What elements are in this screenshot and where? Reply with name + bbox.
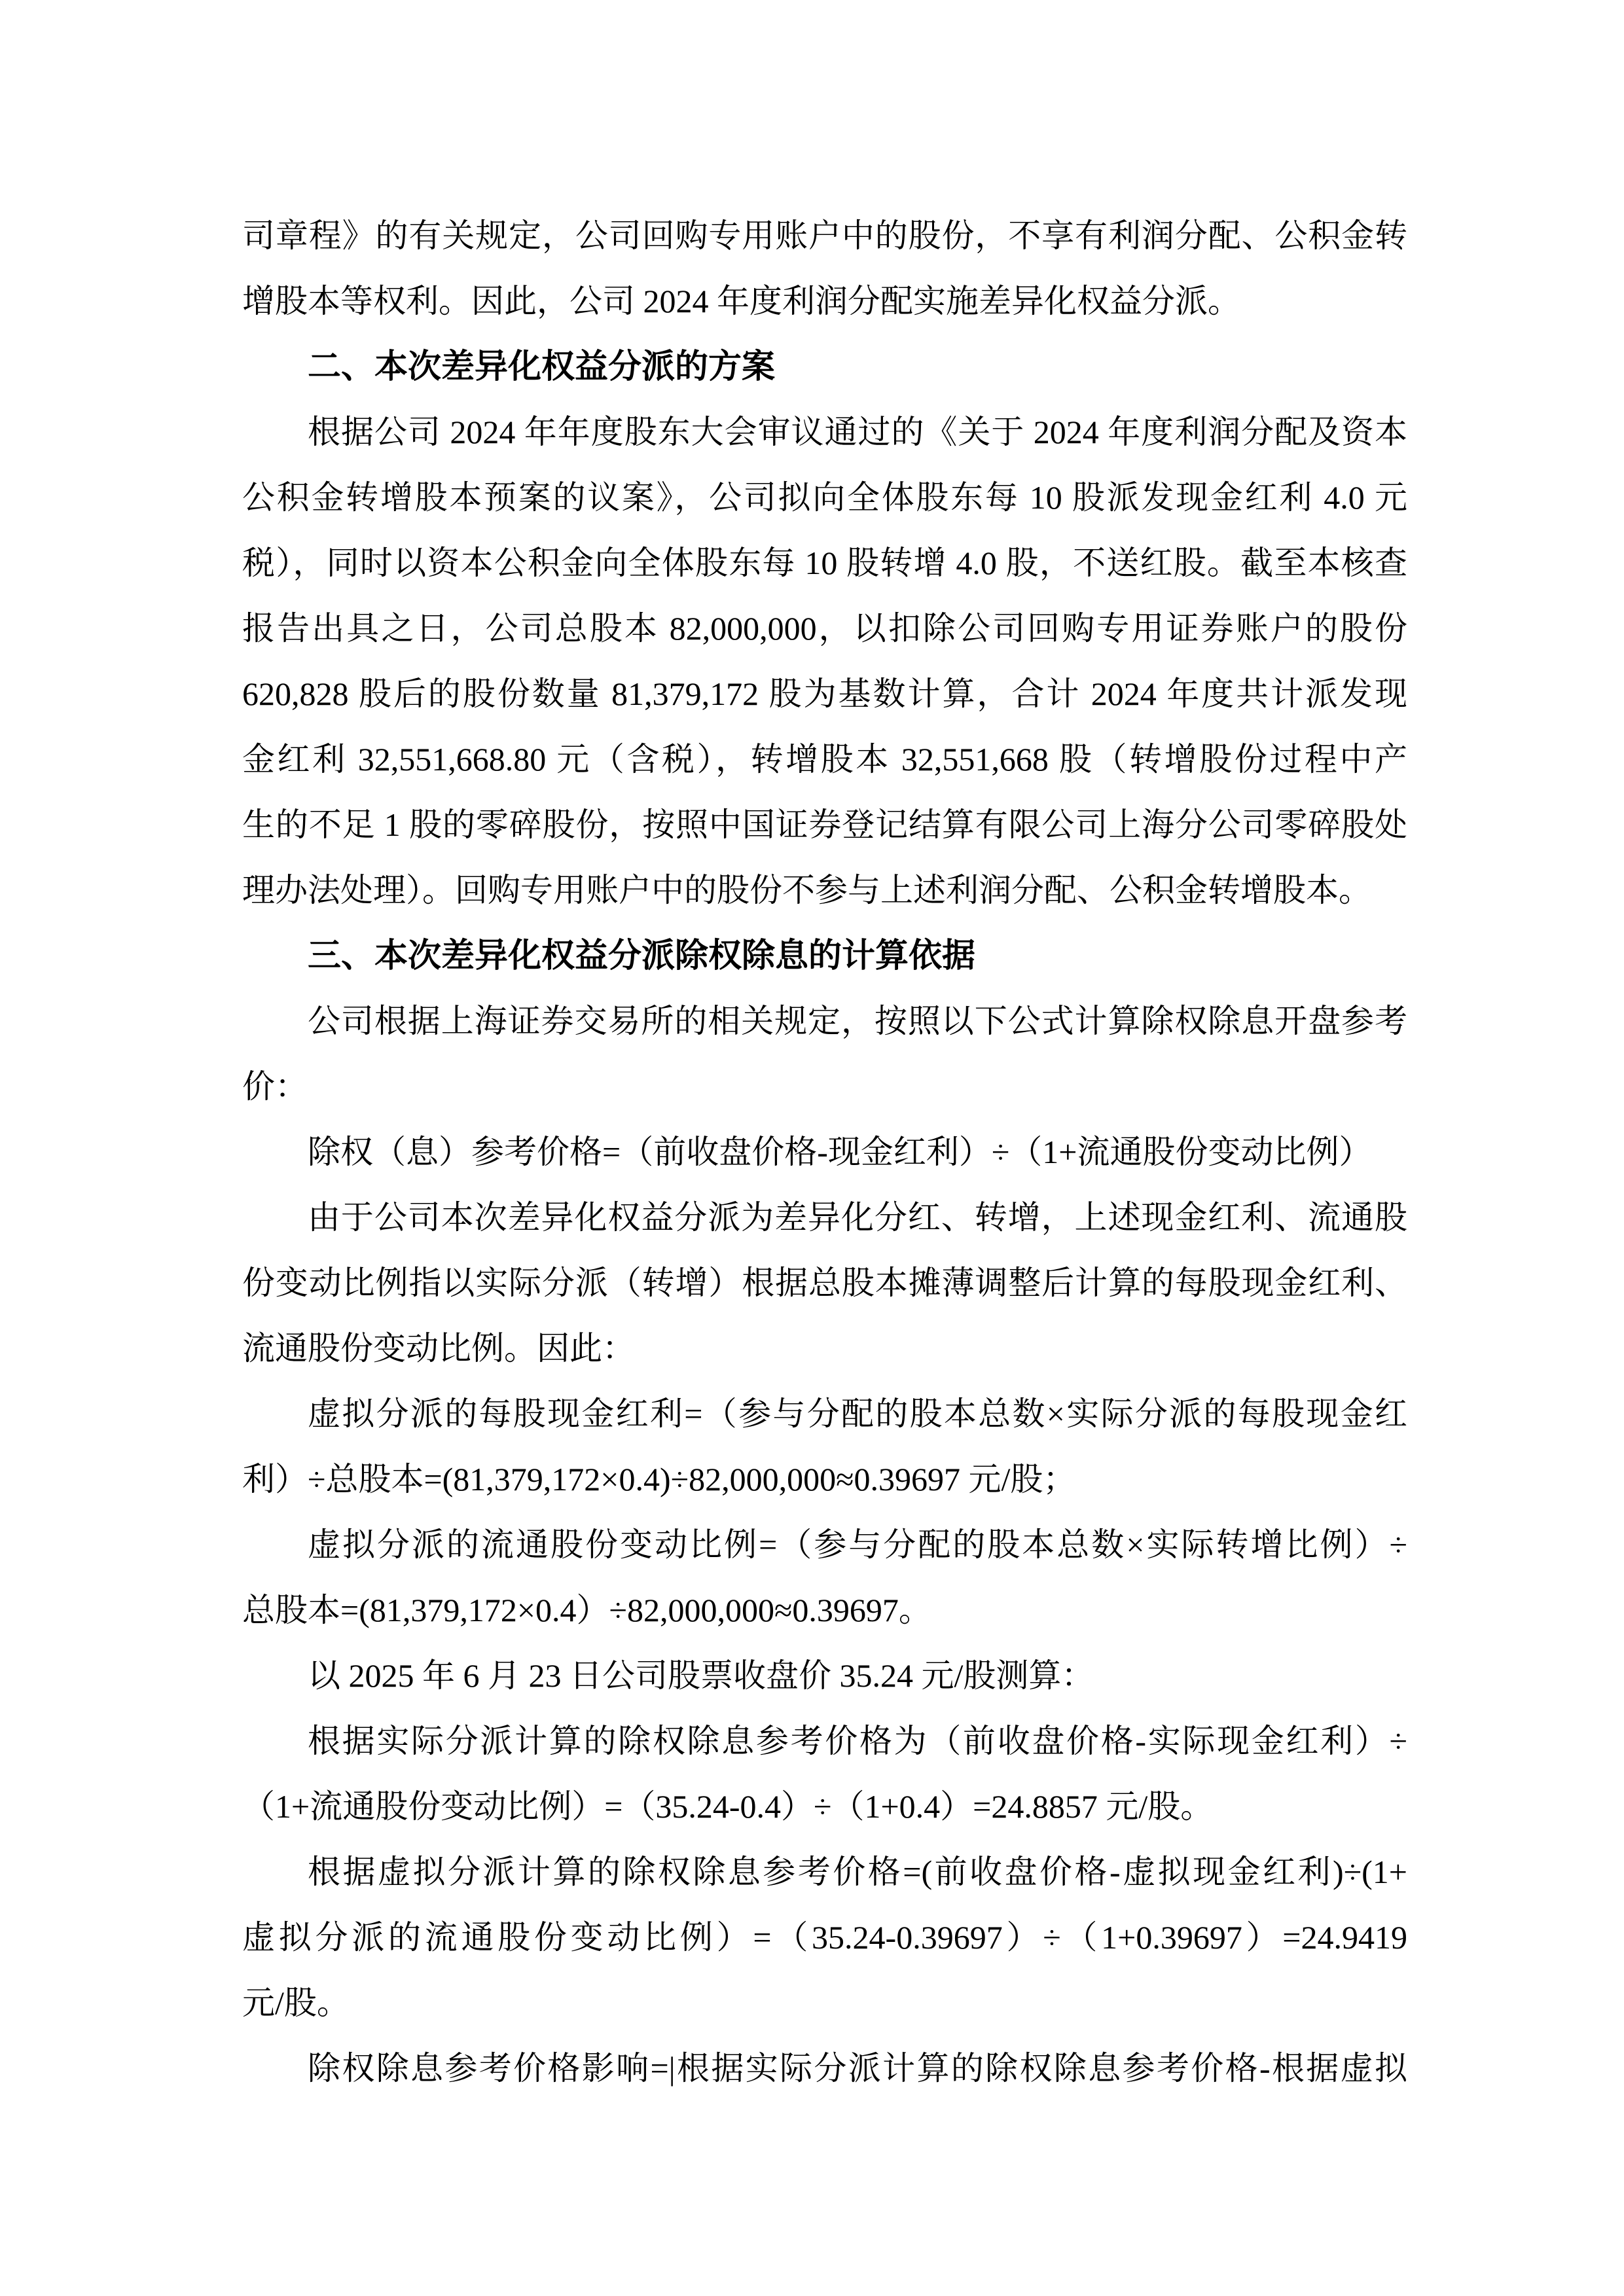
section-heading: 三、本次差异化权益分派除权除息的计算依据	[242, 923, 1407, 988]
text-line: 虚拟分派的流通股份变动比例=（参与分配的股本总数×实际转增比例）÷	[242, 1512, 1407, 1577]
text-line: 司章程》的有关规定，公司回购专用账户中的股份，不享有利润分配、公积金转	[242, 203, 1407, 268]
text-line: 除权（息）参考价格=（前收盘价格-现金红利）÷（1+流通股份变动比例）	[242, 1119, 1407, 1185]
text-line: 620,828 股后的股份数量 81,379,172 股为基数计算，合计 202…	[242, 661, 1407, 726]
text-line: （1+流通股份变动比例）=（35.24-0.4）÷（1+0.4）=24.8857…	[242, 1774, 1407, 1839]
text-line: 份变动比例指以实际分派（转增）根据总股本摊薄调整后计算的每股现金红利、	[242, 1250, 1407, 1316]
text-line: 以 2025 年 6 月 23 日公司股票收盘价 35.24 元/股测算：	[242, 1643, 1407, 1708]
text-line: 生的不足 1 股的零碎股份，按照中国证券登记结算有限公司上海分公司零碎股处	[242, 792, 1407, 857]
text-line: 税），同时以资本公积金向全体股东每 10 股转增 4.0 股，不送红股。截至本核…	[242, 530, 1407, 596]
text-line: 公积金转增股本预案的议案》，公司拟向全体股东每 10 股派发现金红利 4.0 元…	[242, 465, 1407, 530]
text-line: 根据实际分派计算的除权除息参考价格为（前收盘价格-实际现金红利）÷	[242, 1708, 1407, 1774]
text-line: 除权除息参考价格影响=|根据实际分派计算的除权除息参考价格-根据虚拟	[242, 2036, 1407, 2101]
text-line: 根据公司 2024 年年度股东大会审议通过的《关于 2024 年度利润分配及资本	[242, 399, 1407, 465]
text-line: 虚拟分派的流通股份变动比例）=（35.24-0.39697）÷（1+0.3969…	[242, 1905, 1407, 1970]
text-line: 增股本等权利。因此，公司 2024 年度利润分配实施差异化权益分派。	[242, 268, 1407, 334]
text-line: 公司根据上海证券交易所的相关规定，按照以下公式计算除权除息开盘参考	[242, 988, 1407, 1054]
text-line: 利）÷总股本=(81,379,172×0.4)÷82,000,000≈0.396…	[242, 1446, 1407, 1512]
text-line: 虚拟分派的每股现金红利=（参与分配的股本总数×实际分派的每股现金红	[242, 1381, 1407, 1446]
document-page: 司章程》的有关规定，公司回购专用账户中的股份，不享有利润分配、公积金转 增股本等…	[0, 0, 1624, 2296]
text-line: 由于公司本次差异化权益分派为差异化分红、转增，上述现金红利、流通股	[242, 1185, 1407, 1250]
text-line: 金红利 32,551,668.80 元（含税），转增股本 32,551,668 …	[242, 726, 1407, 792]
text-line: 报告出具之日，公司总股本 82,000,000，以扣除公司回购专用证券账户的股份	[242, 596, 1407, 661]
text-line: 理办法处理）。回购专用账户中的股份不参与上述利润分配、公积金转增股本。	[242, 857, 1407, 923]
document-text-block: 司章程》的有关规定，公司回购专用账户中的股份，不享有利润分配、公积金转 增股本等…	[242, 203, 1407, 2101]
text-line: 流通股份变动比例。因此：	[242, 1316, 1407, 1381]
text-line: 根据虚拟分派计算的除权除息参考价格=(前收盘价格-虚拟现金红利)÷(1+	[242, 1839, 1407, 1905]
text-line: 价：	[242, 1054, 1407, 1119]
section-heading: 二、本次差异化权益分派的方案	[242, 334, 1407, 399]
text-line: 总股本=(81,379,172×0.4）÷82,000,000≈0.39697。	[242, 1577, 1407, 1643]
text-line: 元/股。	[242, 1970, 1407, 2036]
